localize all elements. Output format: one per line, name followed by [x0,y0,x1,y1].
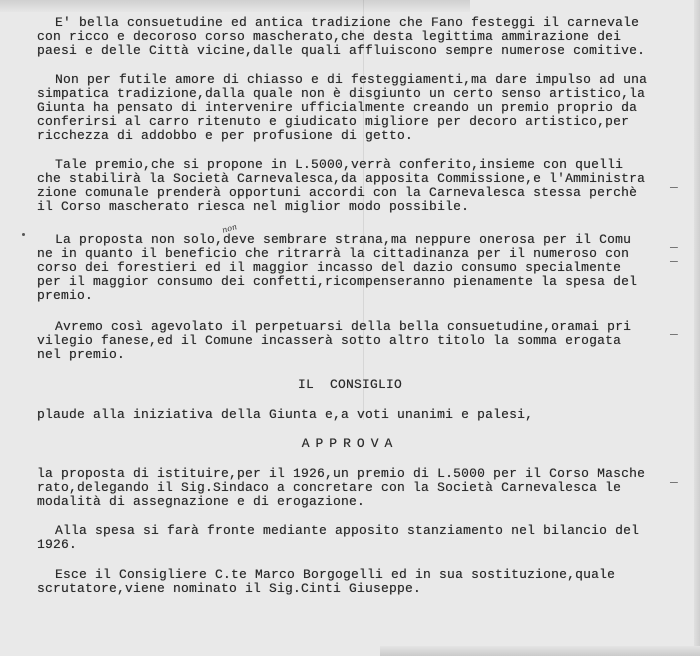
text-line: scrutatore,viene nominato il Sig.Cinti G… [37,582,421,596]
text-line: Giunta ha pensato di intervenire ufficia… [37,101,637,115]
text-line: Tale premio,che si propone in L.5000,ver… [55,158,623,172]
paper-right-edge [694,0,700,656]
hyphen-mark: _ [670,176,678,190]
text-line: Esce il Consigliere C.te Marco Borgogell… [55,568,615,582]
hyphen-mark: _ [670,250,678,264]
paper-bottom-shadow [380,646,700,656]
text-line: per il maggior consumo dei confetti,rico… [37,275,637,289]
text-line: corso dei forestieri ed il maggior incas… [37,261,621,275]
text-line: con ricco e decoroso corso mascherato,ch… [37,30,621,44]
text-line: Non per futile amore di chiasso e di fes… [55,73,647,87]
text-line: che stabilirà la Società Carnevalesca,da… [37,172,645,186]
text-line: il Corso mascherato riesca nel miglior m… [37,200,469,214]
text-line: Avremo così agevolato il perpetuarsi del… [55,320,631,334]
plaude-line: plaude alla iniziativa della Giunta e,a … [37,408,533,422]
text-line: simpatica tradizione,dalla quale non è d… [37,87,645,101]
text-line: E' bella consuetudine ed antica tradizio… [55,16,639,30]
text-line: rato,delegando il Sig.Sindaco a concreta… [37,481,621,495]
text-line: La proposta non solo,deve sembrare stran… [55,233,631,247]
text-line: ne in quanto il beneficio che ritrarrà l… [37,247,629,261]
text-line: nel premio. [37,348,125,362]
text-line: ricchezza di addobbo e per profusione di… [37,129,413,143]
hyphen-mark: _ [670,323,678,337]
margin-mark [22,233,25,236]
text-line: paesi e delle Città vicine,dalle quali a… [37,44,645,58]
text-line: vilegio fanese,ed il Comune incasserà so… [37,334,621,348]
paper-top-shadow [0,0,470,12]
hyphen-mark: _ [670,471,678,485]
text-line: la proposta di istituire,per il 1926,un … [37,467,645,481]
text-line: zione comunale prenderà opportuni accord… [37,186,637,200]
text-line: 1926. [37,538,77,552]
heading-consiglio: IL CONSIGLIO [0,378,700,392]
text-line: conferirsi al carro ritenuto e giudicato… [37,115,629,129]
heading-approva: APPROVA [0,437,700,451]
text-line: modalità di assegnazione e di erogazione… [37,495,365,509]
text-line: premio. [37,289,93,303]
text-line: Alla spesa si farà fronte mediante appos… [55,524,639,538]
hyphen-mark: _ [670,236,678,250]
